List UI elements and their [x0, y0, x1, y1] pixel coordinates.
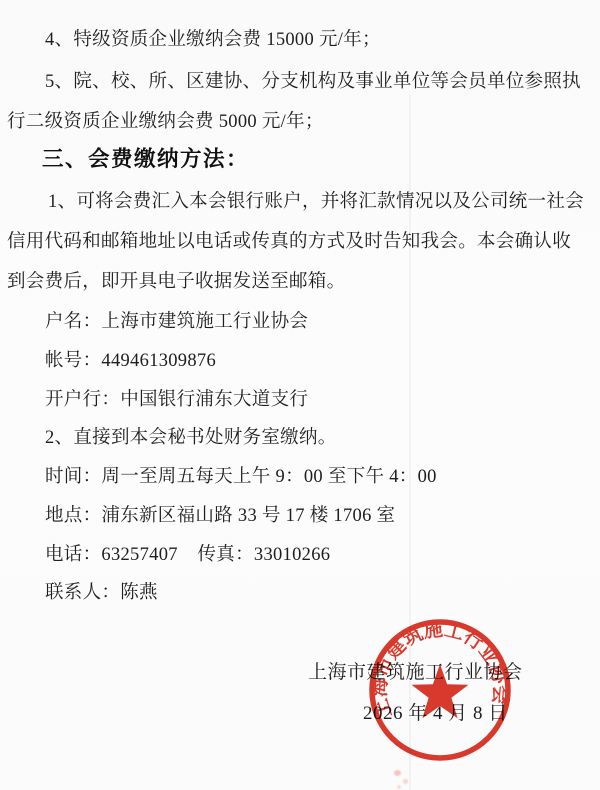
- fee-item-institutions-2: 行二级资质企业缴纳会费 5000 元/年；: [7, 111, 324, 134]
- address-line: 地点：浦东新区福山路 33 号 17 楼 1706 室: [45, 505, 395, 528]
- office-hours-line: 时间：周一至周五每天上午 9：00 至下午 4：00: [45, 466, 437, 489]
- account-name-line: 户名：上海市建筑施工行业协会: [45, 311, 308, 334]
- payment-method-1-line-3: 到会费后，即开具电子收据发送至邮箱。: [7, 271, 345, 294]
- payment-method-1-line-2: 信用代码和邮箱地址以电话或传真的方式及时告知我会。本会确认收: [7, 231, 571, 254]
- fee-item-grade-special: 4、特级资质企业缴纳会费 15000 元/年；: [45, 29, 381, 52]
- contact-person-line: 联系人：陈燕: [45, 582, 158, 605]
- ink-speck: [403, 779, 408, 784]
- official-seal: 上海市建筑施工行业协会: [366, 610, 516, 770]
- payment-method-2-line: 2、直接到本会秘书处财务室缴纳。: [45, 427, 337, 450]
- bank-branch-line: 开户行：中国银行浦东大道支行: [45, 389, 308, 412]
- ink-speck: [397, 785, 401, 789]
- fee-item-institutions-1: 5、院、校、所、区建协、分支机构及事业单位等会员单位参照执: [45, 71, 581, 94]
- account-number-line: 帐号：449461309876: [45, 350, 216, 373]
- payment-method-1-line-1: 1、可将会费汇入本会银行账户，并将汇款情况以及公司统一社会: [48, 191, 584, 214]
- phone-fax-line: 电话：63257407 传真：33010266: [45, 544, 330, 567]
- scanned-document-page: 4、特级资质企业缴纳会费 15000 元/年； 5、院、校、所、区建协、分支机构…: [0, 0, 600, 790]
- section-heading-payment-methods: 三、会费缴纳方法：: [42, 146, 249, 173]
- seal-star-icon: [412, 664, 469, 718]
- ink-speck: [394, 770, 401, 776]
